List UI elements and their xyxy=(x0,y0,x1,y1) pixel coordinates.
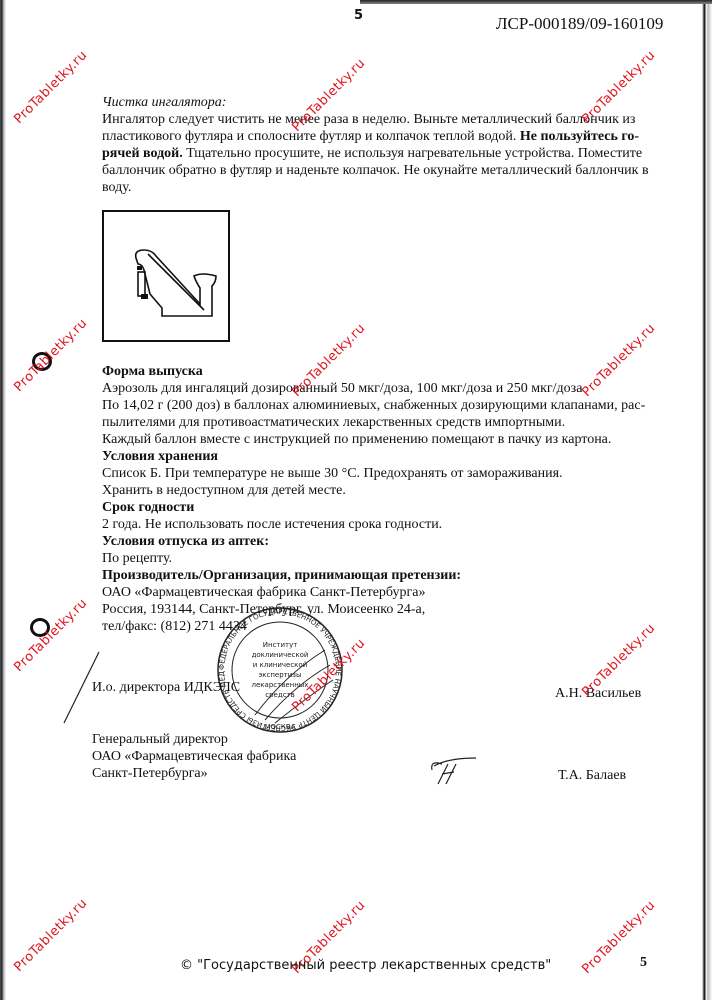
cleaning-line-2: пластикового футляра и сполосните футляр… xyxy=(102,128,672,145)
manufacturer-line-1: ОАО «Фармацевтическая фабрика Санкт-Пете… xyxy=(102,584,682,601)
warning-hot-water: Не пользуйтесь го- xyxy=(520,129,639,144)
second-signatory-name: Т.А. Балаев xyxy=(558,768,626,784)
page-number-bottom: 5 xyxy=(640,955,647,971)
release-section: Форма выпуска Аэрозоль для ингаляций доз… xyxy=(102,363,682,635)
svg-text:средств: средств xyxy=(265,691,295,699)
registration-number: ЛСР-000189/09-160109 xyxy=(496,14,663,34)
shelf-life-title: Срок годности xyxy=(102,499,682,516)
signature-stroke-2 xyxy=(428,756,488,786)
manufacturer-title: Производитель/Организация, принимающая п… xyxy=(102,567,682,584)
scan-edge-left xyxy=(0,0,6,1000)
storage-line-2: Хранить в недоступном для детей месте. xyxy=(102,482,682,499)
dispensing-line: По рецепту. xyxy=(102,550,682,567)
first-signatory-position: И.о. директора ИДКЭЛС xyxy=(92,680,240,696)
release-line-2: По 14,02 г (200 доз) в баллонах алюминие… xyxy=(102,397,682,414)
release-line-4: Каждый баллон вместе с инструкцией по пр… xyxy=(102,431,682,448)
cleaning-line-5: воду. xyxy=(102,179,672,196)
storage-title: Условия хранения xyxy=(102,448,682,465)
faucet-figure xyxy=(102,210,230,342)
shelf-life-line: 2 года. Не использовать после истечения … xyxy=(102,516,682,533)
cleaning-line-3: рячей водой. Тщательно просушите, не исп… xyxy=(102,145,672,162)
watermark: ProTabletky.ru xyxy=(11,316,90,395)
faucet-icon xyxy=(104,212,228,340)
manufacturer-line-3: тел/факс: (812) 271 4434 xyxy=(102,618,682,635)
dispensing-title: Условия отпуска из аптек: xyxy=(102,533,682,550)
scan-edge-right xyxy=(702,0,712,1000)
svg-text:и клинической: и клинической xyxy=(253,661,308,669)
footer-copyright: © "Государственный реестр лекарственных … xyxy=(180,958,551,973)
manufacturer-line-2: Россия, 193144, Санкт-Петербург, ул. Мои… xyxy=(102,601,682,618)
svg-text:лекарственных: лекарственных xyxy=(252,681,309,689)
second-signatory-position: Генеральный директор ОАО «Фармацевтическ… xyxy=(92,731,296,782)
watermark: ProTabletky.ru xyxy=(11,48,90,127)
svg-text:МОСКВА: МОСКВА xyxy=(265,723,296,731)
watermark: ProTabletky.ru xyxy=(11,896,90,975)
cleaning-line-4: баллончик обратно в футляр и наденьте ко… xyxy=(102,162,672,179)
page-number-top: 5 xyxy=(354,8,363,23)
svg-text:доклинической: доклинической xyxy=(252,651,309,659)
storage-line-1: Список Б. При температуре не выше 30 °С.… xyxy=(102,465,682,482)
release-line-3: пылителями для противоастматических лека… xyxy=(102,414,682,431)
scan-edge-top xyxy=(360,0,712,4)
svg-text:Институт: Институт xyxy=(263,641,298,649)
